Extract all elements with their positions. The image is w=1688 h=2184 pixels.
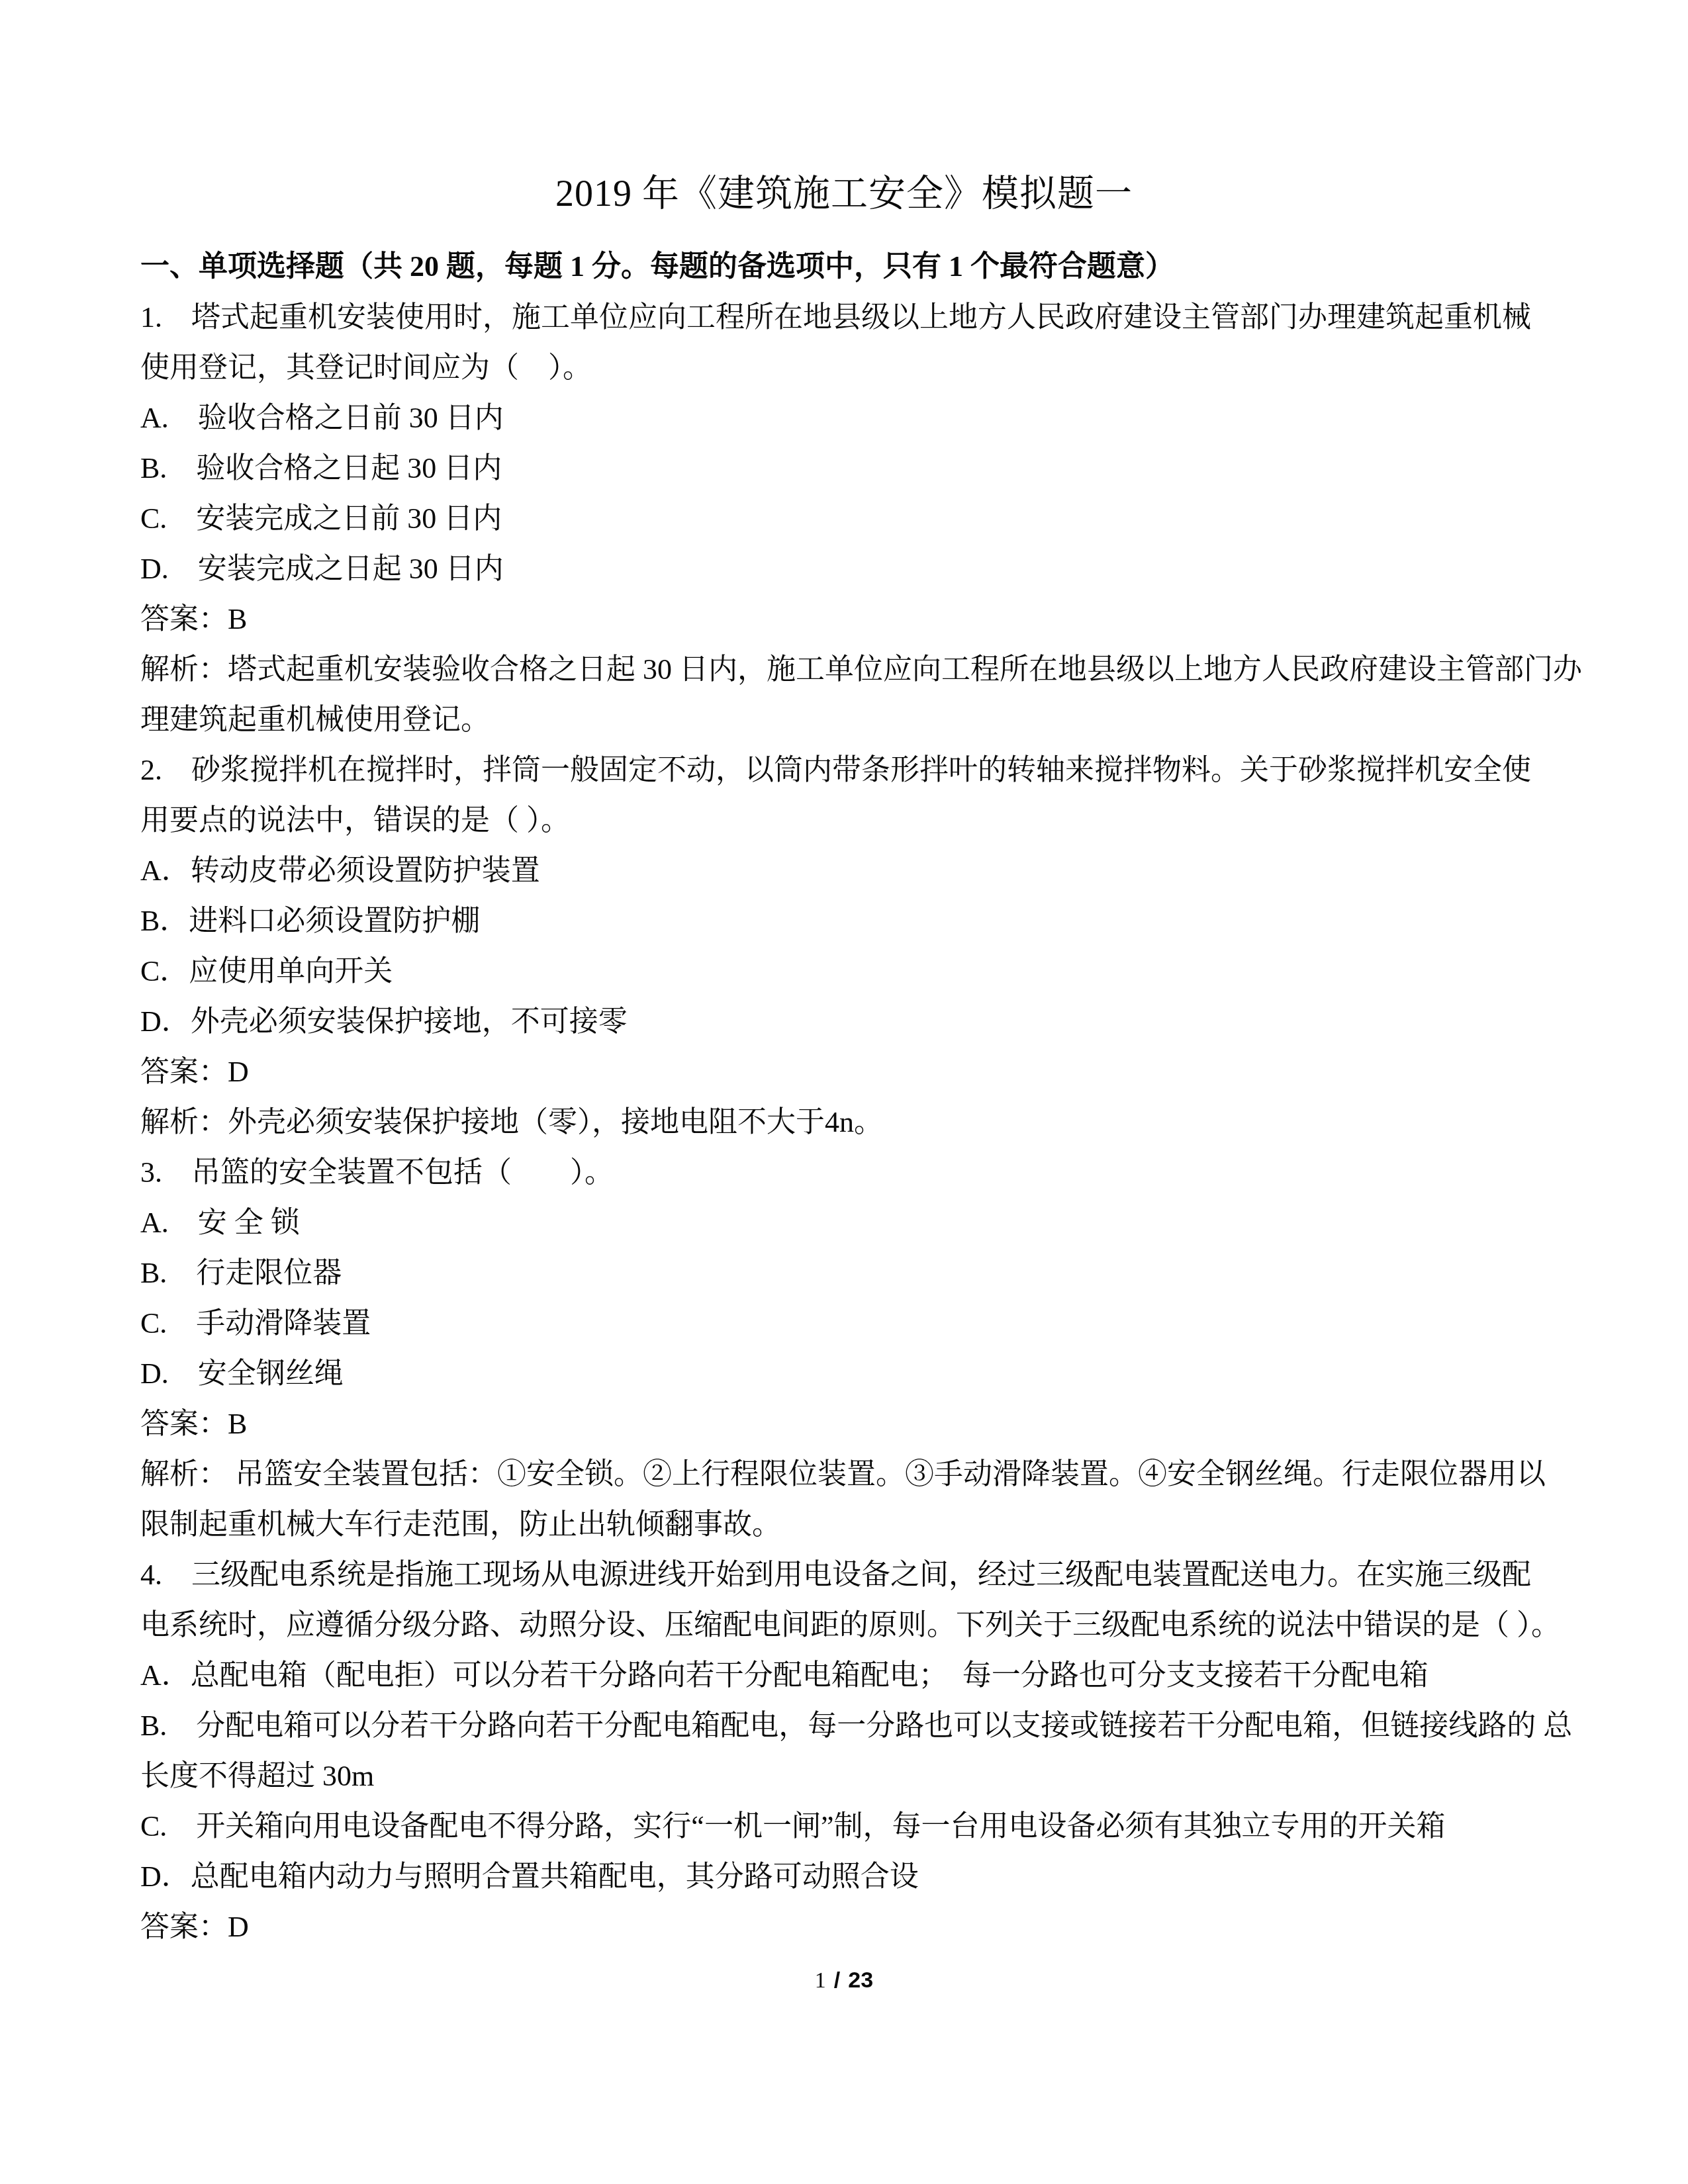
question-2-option-a: A．转动皮带必须设置防护装置	[140, 846, 1557, 896]
current-page-number: 1	[811, 1968, 830, 1993]
section-header: 一、单项选择题（共 20 题，每题 1 分。每题的备选项中，只有 1 个最符合题…	[140, 249, 1597, 285]
question-4-option-c: C. 开关箱向用电设备配电不得分路，实行“一机一闸”制，每一台用电设备必须有其独…	[140, 1801, 1557, 1852]
question-1-analysis-line-1: 解析：塔式起重机安装验收合格之日起 30 日内，施工单位应向工程所在地县级以上地…	[140, 645, 1557, 695]
question-4-option-a: A．总配电箱（配电拒）可以分若干分路向若干分配电箱配电； 每一分路也可分支支接若…	[140, 1651, 1557, 1701]
question-4-option-b-line-1: B. 分配电箱可以分若干分路向若干分配电箱配电，每一分路也可以支接或链接若干分配…	[140, 1701, 1557, 1751]
page-number-separator: /	[830, 1968, 844, 1993]
question-3-analysis-line-2: 限制起重机械大车行走范围，防止出轨倾翻事故。	[140, 1500, 1557, 1550]
question-2-option-b: B．进料口必须设置防护棚	[140, 896, 1557, 946]
question-2-option-c: C．应使用单向开关	[140, 946, 1557, 997]
question-4-stem-line-2: 电系统时，应遵循分级分路、动照分设、压缩配电间距的原则。下列关于三级配电系统的说…	[140, 1600, 1557, 1651]
question-3-answer: 答案：B	[140, 1399, 1557, 1449]
exam-document-page: 2019 年《建筑施工安全》模拟题一 一、单项选择题（共 20 题，每题 1 分…	[0, 0, 1688, 2184]
question-1-answer: 答案：B	[140, 594, 1557, 645]
question-list: 1. 塔式起重机安装使用时，施工单位应向工程所在地县级以上地方人民政府建设主管部…	[140, 293, 1557, 1952]
question-4-option-d: D．总配电箱内动力与照明合置共箱配电，其分路可动照合设	[140, 1852, 1557, 1902]
question-4-answer: 答案：D	[140, 1902, 1557, 1952]
question-2-answer: 答案：D	[140, 1047, 1557, 1097]
question-1-analysis-line-2: 理建筑起重机械使用登记。	[140, 695, 1557, 745]
question-2-option-d: D．外壳必须安装保护接地，不可接零	[140, 997, 1557, 1047]
question-1-option-c: C. 安装完成之日前 30 日内	[140, 494, 1557, 544]
question-3-analysis-line-1: 解析： 吊篮安全装置包括：①安全锁。②上行程限位装置。③手动滑降装置。④安全钢丝…	[140, 1449, 1557, 1500]
question-4-option-b-line-2: 长度不得超过 30m	[140, 1751, 1557, 1801]
total-page-count: 23	[844, 1968, 877, 1993]
question-3-option-c: C. 手动滑降装置	[140, 1298, 1557, 1349]
question-2-analysis: 解析：外壳必须安装保护接地（零），接地电阻不大于4n。	[140, 1097, 1557, 1148]
question-1-option-b: B. 验收合格之日起 30 日内	[140, 443, 1557, 494]
question-1-option-d: D. 安装完成之日起 30 日内	[140, 544, 1557, 594]
question-3-option-b: B. 行走限位器	[140, 1248, 1557, 1298]
question-1-stem-line-1: 1. 塔式起重机安装使用时，施工单位应向工程所在地县级以上地方人民政府建设主管部…	[140, 293, 1557, 343]
question-4-stem-line-1: 4. 三级配电系统是指施工现场从电源进线开始到用电设备之间，经过三级配电装置配送…	[140, 1550, 1557, 1600]
question-1-option-a: A. 验收合格之日前 30 日内	[140, 393, 1557, 443]
question-2-stem-line-2: 用要点的说法中，错误的是（ ）。	[140, 796, 1557, 846]
question-3-stem: 3. 吊篮的安全装置不包括（ ）。	[140, 1148, 1557, 1198]
page-footer: 1/23	[0, 1967, 1688, 1994]
question-3-option-a: A. 安 全 锁	[140, 1198, 1557, 1248]
question-3-option-d: D. 安全钢丝绳	[140, 1349, 1557, 1399]
question-1-stem-line-2: 使用登记，其登记时间应为（ ）。	[140, 343, 1557, 393]
page-title: 2019 年《建筑施工安全》模拟题一	[0, 172, 1688, 216]
question-2-stem-line-1: 2. 砂浆搅拌机在搅拌时，拌筒一般固定不动，以筒内带条形拌叶的转轴来搅拌物料。关…	[140, 745, 1557, 796]
